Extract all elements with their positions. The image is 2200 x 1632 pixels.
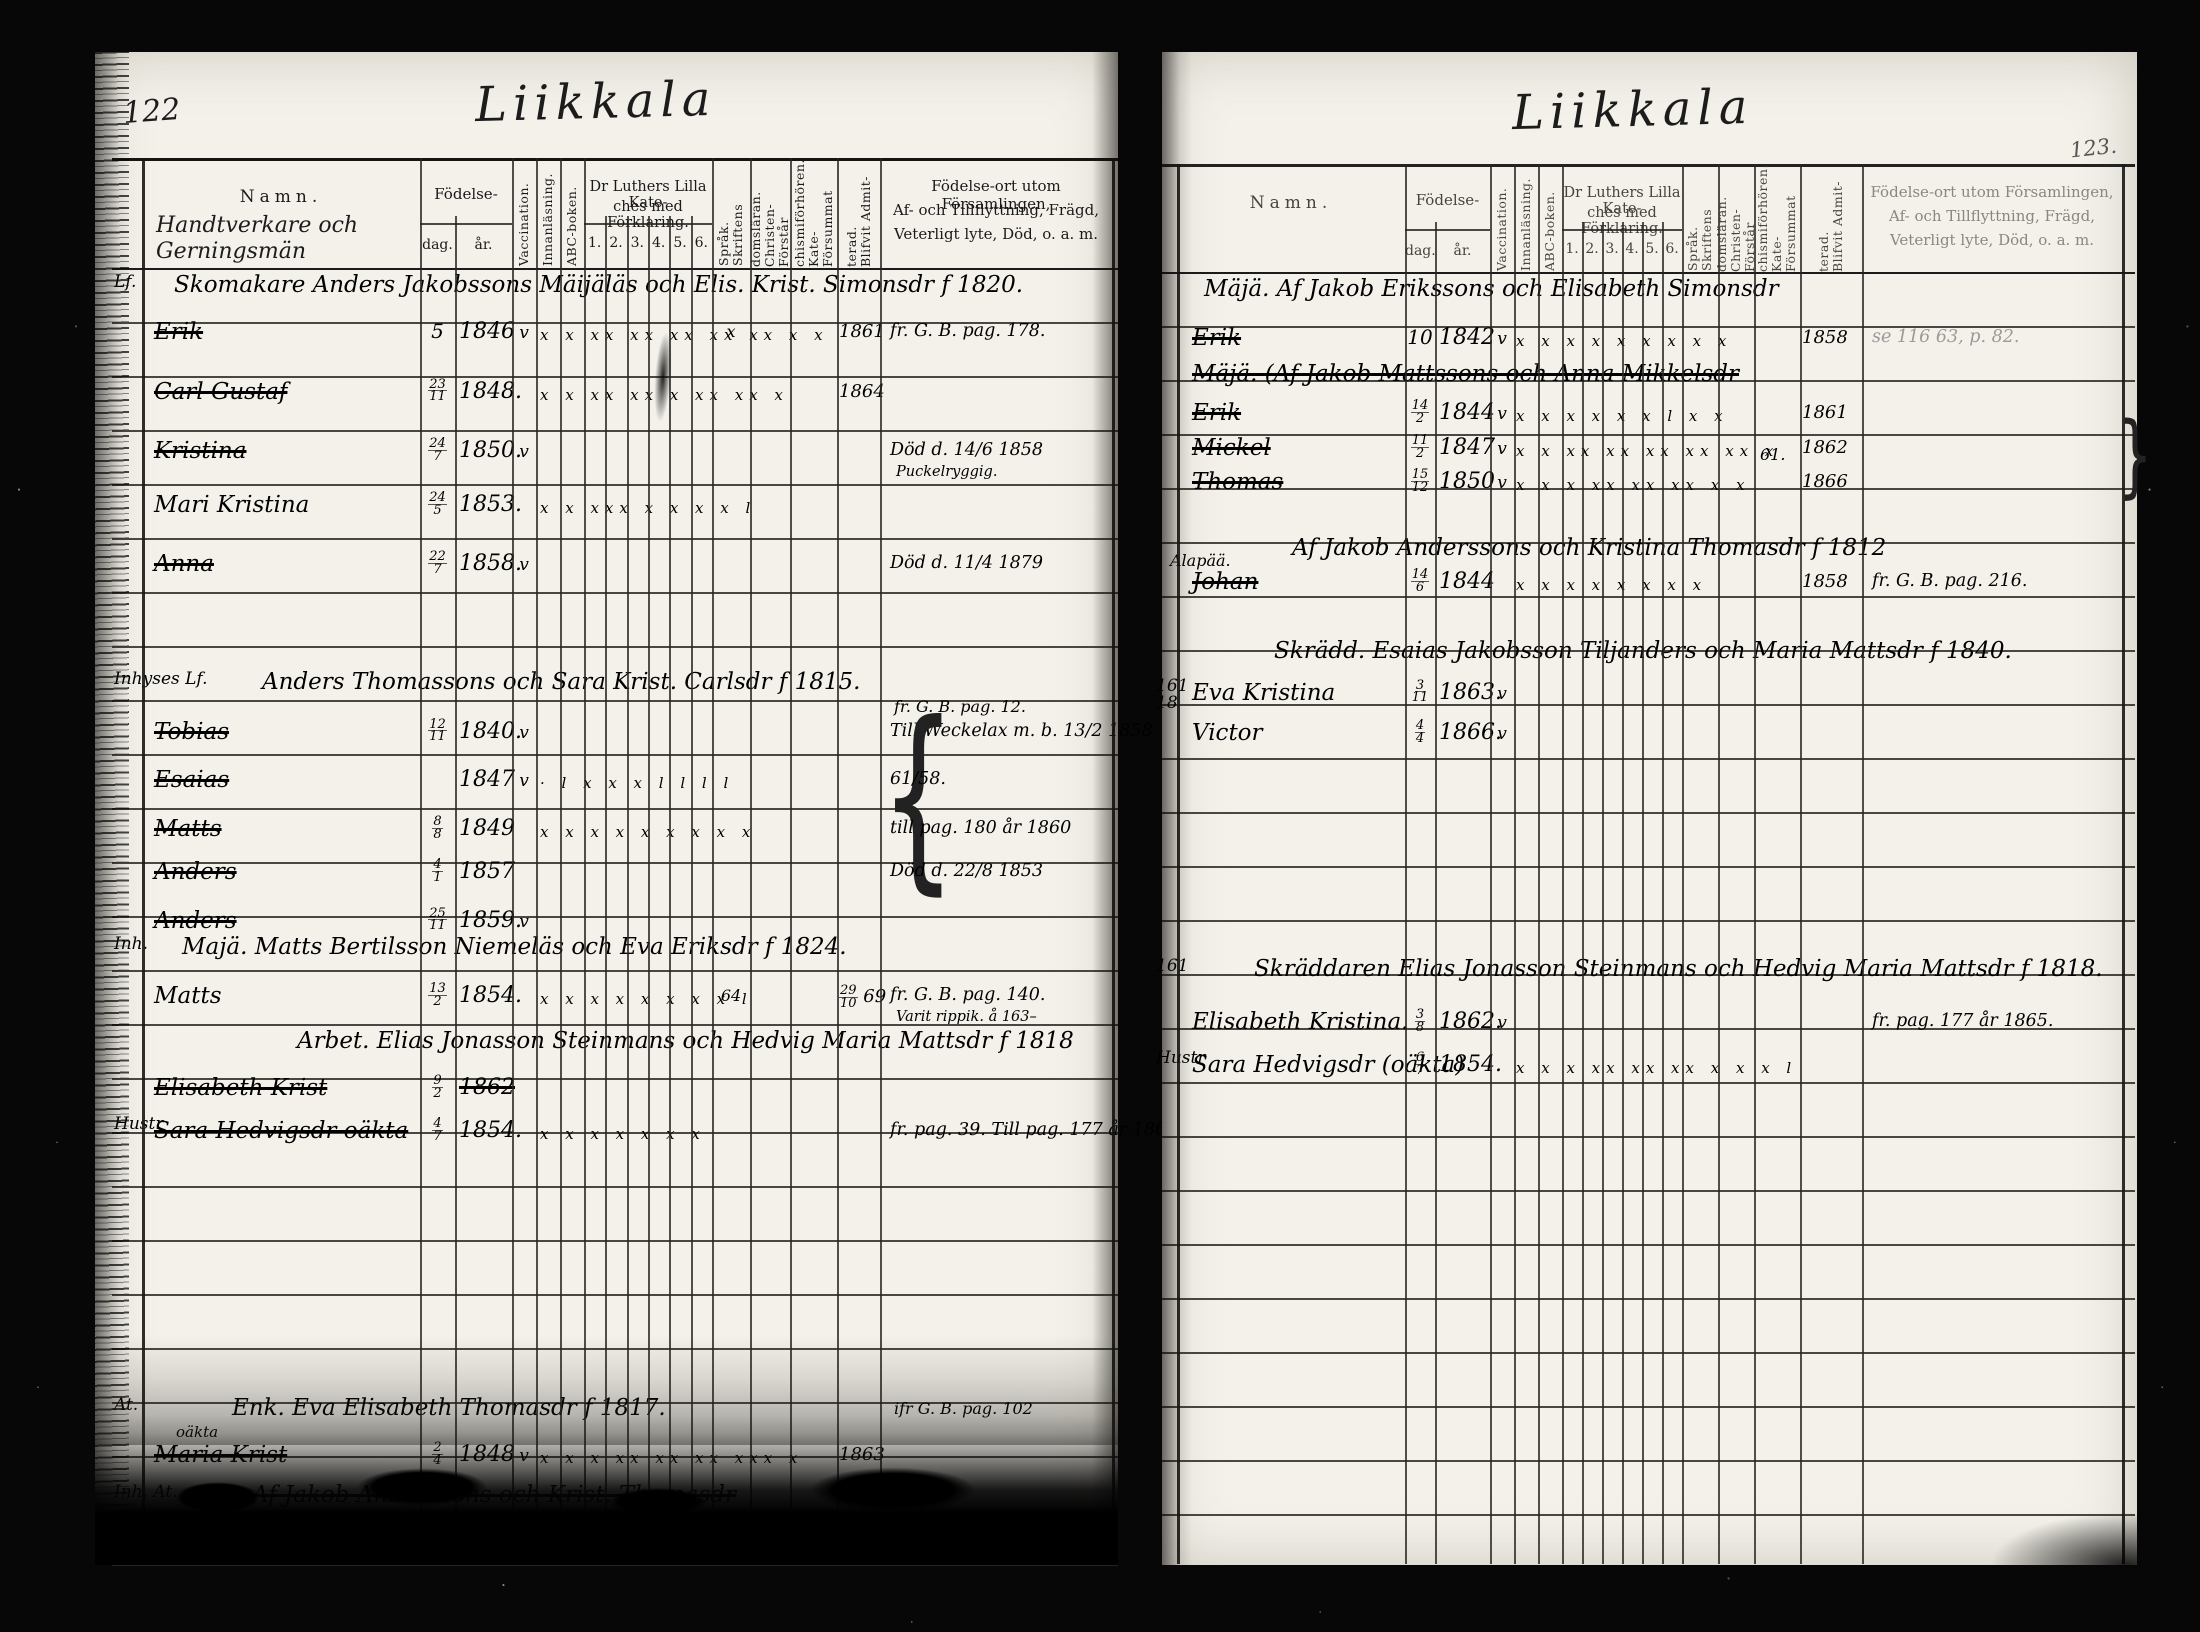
header-cell-notes: Födelse-ort utom Församlingen,Af- och Ti… bbox=[880, 161, 1112, 271]
scanned-ledger-spread: { "colors": { "background": "#070707", "… bbox=[0, 0, 2200, 1632]
vaccination-mark: v bbox=[512, 723, 536, 743]
admitted-year: 1863 bbox=[839, 1444, 885, 1465]
column-line bbox=[560, 158, 562, 1564]
sprak-mark: 64 bbox=[712, 986, 750, 1005]
namn-label: Namn. bbox=[142, 187, 420, 207]
entry-name: Sara Hedvigsdr oäkta bbox=[154, 1118, 408, 1144]
header-cell-innanlasning: Innanläsning. bbox=[536, 161, 560, 271]
page-number-left: 122 bbox=[122, 92, 182, 131]
entry-name: Anna bbox=[154, 551, 214, 577]
row-margin-label: At. bbox=[114, 1397, 138, 1414]
admitted-year: 1861 bbox=[1802, 402, 1848, 423]
fraction-denominator: 7 bbox=[433, 451, 441, 463]
entry-name: Victor bbox=[1192, 720, 1263, 746]
admitted-year: 1864 bbox=[839, 381, 885, 402]
birth-day: 1211 bbox=[420, 719, 455, 743]
column-line bbox=[1405, 164, 1407, 1564]
table-body-left: Lf.Skomakare Anders Jakobssons Mäijäläs … bbox=[112, 268, 1118, 1566]
column-line bbox=[584, 158, 586, 1564]
row-margin-label: Lf. bbox=[114, 274, 136, 291]
vaccination-mark: v bbox=[512, 442, 536, 462]
register-table-left: Namn.Handtverkare ochGerningsmänFödelse-… bbox=[112, 158, 1118, 1564]
family-parents-text: Mäjä. (Af Jakob Mattssons och Anna Mikke… bbox=[1192, 361, 1739, 387]
column-subline bbox=[669, 216, 671, 1564]
right-page: 123. Liikkala Namn.Födelse-dag.år.Vaccin… bbox=[1162, 52, 2137, 1565]
header-cell-abc-boken: ABC-boken. bbox=[1538, 167, 1562, 275]
register-row: Victor441866.v bbox=[1162, 714, 2135, 768]
entry-name: Elisabeth Krist bbox=[154, 1075, 327, 1101]
birth-day: 245 bbox=[420, 492, 455, 516]
header-cell-vaccination: Vaccination. bbox=[1490, 167, 1514, 275]
column-line bbox=[1490, 164, 1492, 1564]
column-line bbox=[1538, 164, 1540, 1564]
column-subline bbox=[691, 216, 693, 1564]
birth-year: 1842 bbox=[1439, 325, 1495, 350]
column-line bbox=[1682, 164, 1684, 1564]
admitted-date: 2910 bbox=[839, 985, 858, 1009]
family-parents-text: Af Jakob Anderssons och Krist. Thomasdr bbox=[252, 1482, 736, 1508]
left-page: 122 Liikkala Namn.Handtverkare ochGernin… bbox=[95, 52, 1118, 1565]
column-line bbox=[880, 158, 882, 1564]
column-line bbox=[512, 158, 514, 1564]
register-row: Johan221844x x x x x x x x x x bbox=[112, 1523, 1118, 1577]
fraction-denominator: 7 bbox=[433, 564, 441, 576]
admitterad-label: Blifvit Admit- terad. bbox=[845, 165, 873, 267]
birth-day: 44 bbox=[1405, 720, 1435, 744]
ar-label: år. bbox=[455, 237, 512, 253]
birth-year: 1844 bbox=[1439, 400, 1495, 425]
register-row: Tobias12111840.vTill Weckelax m. b. 13/2… bbox=[112, 713, 1118, 767]
admitted-year: 1858 bbox=[1802, 327, 1848, 348]
fraction-denominator: 4 bbox=[1416, 733, 1424, 745]
reading-marks: x x x x x x l x x bbox=[1516, 407, 1800, 425]
column-line bbox=[712, 158, 714, 1564]
row-note: se 116 63, p. 82. bbox=[1872, 327, 2019, 347]
header-cell-innanlasning: Innanläsning. bbox=[1514, 167, 1538, 275]
vaccination-label: Vaccination. bbox=[517, 166, 531, 266]
row-note-secondary: Puckelryggig. bbox=[896, 464, 997, 480]
admitted-part: 1864 bbox=[839, 381, 885, 402]
fodelse-divider bbox=[420, 223, 512, 225]
fraction-denominator: 2 bbox=[433, 996, 441, 1008]
column-subline bbox=[455, 216, 457, 1564]
column-line bbox=[1800, 164, 1802, 1564]
row-margin-line: At. bbox=[114, 1397, 138, 1414]
header-cell-abc-boken: ABC-boken. bbox=[560, 161, 584, 271]
admitted-part: 69 bbox=[858, 987, 887, 1008]
header-cell-vaccination: Vaccination. bbox=[512, 161, 536, 271]
entry-name: Kristina bbox=[154, 438, 246, 464]
dag-label: dag. bbox=[420, 237, 455, 253]
family-parents-text: Enk. Eva Elisabeth Thomasdr f 1817. bbox=[232, 1395, 666, 1421]
admitted-part: 1866 bbox=[1802, 471, 1848, 492]
notes-header-line-3: Veterligt lyte, Död, o. a. m. bbox=[880, 225, 1112, 243]
entry-name: Erik bbox=[1192, 325, 1241, 351]
forstar-label: Förstår Christen- domsläran. bbox=[1715, 170, 1757, 272]
family-parents-text: Arbet. Elias Jonasson Steinmans och Hedv… bbox=[297, 1028, 1074, 1054]
column-subline bbox=[1622, 222, 1624, 1564]
birth-year: 1844 bbox=[1439, 569, 1495, 594]
fodelse-label: Födelse- bbox=[1405, 191, 1490, 209]
entry-name: Mari Kristina bbox=[154, 492, 309, 518]
birth-day: 22 bbox=[420, 1529, 455, 1553]
vaccination-label: Vaccination. bbox=[1495, 171, 1509, 271]
forstar-label: Förstår Christen- domsläran. bbox=[749, 165, 791, 267]
row-margin-label: Inhyses Lf. bbox=[114, 671, 208, 688]
row-note: fr. G. B. pag. 216. bbox=[1872, 571, 2027, 591]
sprak-mark: x bbox=[712, 322, 750, 341]
admitted-year: 1866 bbox=[1802, 471, 1848, 492]
row-note: fr. pag. 39. Till pag. 177 år 1862. bbox=[890, 1120, 1183, 1140]
birth-day: 146 bbox=[1405, 569, 1435, 593]
row-note-secondary: Varit rippik. å 163– bbox=[896, 1009, 1037, 1025]
birth-day: 2511 bbox=[420, 908, 455, 932]
skriftens-sprak-label: Skriftens Språk. bbox=[1686, 171, 1714, 271]
register-row: Anders411857Död d. 22/8 1853 bbox=[112, 853, 1118, 907]
row-note: Död d. 22/8 1853 bbox=[890, 861, 1043, 881]
innanlasning-label: Innanläsning. bbox=[541, 166, 555, 266]
header-cell-namn: Namn. bbox=[1177, 167, 1405, 275]
name-superscript: oäkta bbox=[176, 1423, 218, 1441]
column-line bbox=[837, 158, 839, 1564]
kateches-col-4: 4. bbox=[648, 235, 669, 251]
birth-day: 5 bbox=[420, 319, 455, 343]
header-cell-forsummat: Försummat Kate- chismiförhören. bbox=[1754, 167, 1800, 275]
reading-marks: x x x x x x x x bbox=[1516, 576, 1800, 594]
register-row: Kristina2471850.vDöd d. 14/6 1858Puckelr… bbox=[112, 432, 1118, 486]
fraction-denominator: 8 bbox=[433, 829, 441, 841]
register-table-right: Namn.Födelse-dag.år.Vaccination.Innanläs… bbox=[1162, 164, 2135, 1564]
register-row: Esaias1847v· l x x x l l l l61/58. bbox=[112, 761, 1118, 815]
kateches-col-3: 3. bbox=[1602, 241, 1622, 257]
admitted-part: 1858 bbox=[1802, 571, 1848, 592]
family-parents-text: Skomakare Anders Jakobssons Mäijäläs och… bbox=[174, 272, 1023, 298]
vaccination-mark: v bbox=[1490, 404, 1514, 424]
abc-boken-label: ABC-boken. bbox=[565, 166, 579, 266]
register-row: Johan1461844x x x x x x x x 1858fr. G. B… bbox=[1162, 563, 2135, 617]
fraction-denominator: 6 bbox=[1416, 582, 1424, 594]
birth-year: 1849 bbox=[459, 816, 515, 841]
header-cell-namn: Namn.Handtverkare ochGerningsmän bbox=[142, 161, 420, 271]
table-header-right: Namn.Födelse-dag.år.Vaccination.Innanläs… bbox=[1162, 164, 2135, 275]
column-subline bbox=[627, 216, 629, 1564]
row-note: fr. G. B. pag. 178. bbox=[890, 321, 1045, 341]
fodelse-divider bbox=[1405, 229, 1490, 231]
column-line bbox=[1562, 164, 1564, 1564]
header-cell-admitterad: Blifvit Admit- terad. bbox=[837, 161, 880, 271]
birth-year: 1846 bbox=[459, 319, 515, 344]
kateches-col-2: 2. bbox=[1582, 241, 1602, 257]
admitted-part: 1861 bbox=[1802, 402, 1848, 423]
kateches-col-5: 5. bbox=[1642, 241, 1662, 257]
family-header-row: 161Skräddaren Elias Jonasson Steinmans o… bbox=[1162, 954, 2135, 1008]
kateches-col-6: 6. bbox=[1662, 241, 1682, 257]
kateches-col-3: 3. bbox=[627, 235, 648, 251]
entry-name: Johan bbox=[1192, 569, 1258, 595]
birth-year: 1854. bbox=[1439, 1052, 1502, 1077]
vaccination-mark: v bbox=[512, 771, 536, 791]
family-note: ifr G. B. pag. 102 bbox=[894, 1399, 1033, 1418]
row-note: 61/58. bbox=[890, 769, 946, 789]
column-line bbox=[1718, 164, 1720, 1564]
row-note: Död d. 11/4 1879 bbox=[890, 553, 1043, 573]
row-note: till pag. 180 år 1860 bbox=[890, 818, 1071, 838]
table-body-right: Mäjä. Af Jakob Erikssons och Elisabeth S… bbox=[1162, 272, 2135, 1566]
vaccination-mark: v bbox=[1490, 1013, 1514, 1033]
birth-day: 67 bbox=[1405, 1052, 1435, 1076]
scanner-bed-speckle-right bbox=[2137, 0, 2200, 1632]
entry-name: Matts bbox=[154, 816, 222, 842]
header-cell-forstar: Förstår Christen- domsläran. bbox=[750, 161, 790, 271]
fraction-denominator: 11 bbox=[1412, 692, 1429, 704]
register-row: Mari Kristina2451853.x x xxx x x x x l bbox=[112, 486, 1118, 540]
forsummat-label: Försummat Kate- chismiförhören. bbox=[793, 165, 835, 267]
reading-marks: x x x xx xx xx x x bbox=[1516, 476, 1800, 494]
register-row: Erik51846vx x xx xx xx xx xx x xx 1861fr… bbox=[112, 313, 1118, 367]
gutter-shadow-left bbox=[1092, 52, 1118, 1565]
notes-header-line-1: Födelse-ort utom Församlingen, bbox=[1862, 183, 2122, 201]
fraction-denominator: 4 bbox=[433, 1455, 441, 1467]
page-title-right: Liikkala bbox=[1511, 79, 1754, 141]
entry-name: Erik bbox=[1192, 400, 1241, 426]
group-label-line1: Handtverkare och bbox=[156, 213, 358, 238]
family-parents-text: Majä. Matts Bertilsson Niemeläs och Eva … bbox=[182, 934, 847, 960]
vaccination-mark: v bbox=[512, 323, 536, 343]
forsummat-label: Försummat Kate- chismiförhören. bbox=[1756, 170, 1798, 272]
entry-name: Anders bbox=[154, 859, 237, 885]
dag-label: dag. bbox=[1405, 243, 1435, 259]
header-cell-forstar: Förstår Christen- domsläran. bbox=[1718, 167, 1754, 275]
group-label-line2: Gerningsmän bbox=[156, 239, 306, 264]
notes-header-line-2: Af- och Tillflyttning, Frägd, bbox=[880, 201, 1112, 219]
fraction-denominator: 7 bbox=[433, 1131, 441, 1143]
vaccination-mark: v bbox=[512, 912, 536, 932]
scanner-bed-speckle-left bbox=[0, 0, 95, 1632]
admitted-part: 1858 bbox=[1802, 327, 1848, 348]
abc-boken-label: ABC-boken. bbox=[1543, 171, 1557, 271]
admitted-year: 1861 bbox=[839, 321, 885, 342]
vaccination-mark: v bbox=[512, 555, 536, 575]
entry-name: Elisabeth Kristina. bbox=[1192, 1009, 1409, 1035]
entry-name: Esaias bbox=[154, 767, 229, 793]
family-parents-text: Skräddaren Elias Jonasson Steinmans och … bbox=[1254, 956, 2103, 982]
birth-year: 1848 bbox=[459, 1442, 515, 1467]
page-number-right: 123. bbox=[2069, 134, 2118, 163]
entry-name: Thomas bbox=[1192, 469, 1283, 495]
header-cell-notes: Födelse-ort utom Församlingen,Af- och Ti… bbox=[1862, 167, 2122, 275]
fraction-denominator: 12 bbox=[1412, 482, 1429, 494]
register-row: Carl Gustaf23111848.x x xx xx x xx xx x … bbox=[112, 373, 1118, 427]
fraction-denominator: 5 bbox=[433, 505, 441, 517]
birth-day: 227 bbox=[420, 551, 455, 575]
kateches-col-1: 1. bbox=[584, 235, 605, 251]
column-subline bbox=[1642, 222, 1644, 1564]
column-line bbox=[790, 158, 792, 1564]
row-margin-line: Inhyses Lf. bbox=[114, 671, 208, 688]
birth-day: 1512 bbox=[1405, 469, 1435, 493]
ar-label: år. bbox=[1435, 243, 1490, 259]
header-cell-fodelse: Födelse-dag.år. bbox=[420, 161, 512, 271]
fraction-denominator: 2 bbox=[1416, 413, 1424, 425]
birth-day: 24 bbox=[420, 1442, 455, 1466]
column-line bbox=[536, 158, 538, 1564]
fraction-denominator: 11 bbox=[429, 391, 446, 403]
reading-marks: x x x xx xx xx x x x l bbox=[1516, 1059, 1800, 1077]
fraction-denominator: 10 bbox=[840, 998, 857, 1010]
birth-day: 88 bbox=[420, 816, 455, 840]
table-header-left: Namn.Handtverkare ochGerningsmänFödelse-… bbox=[112, 158, 1118, 271]
admitted-part: 1861 bbox=[839, 321, 885, 342]
header-cell-skriftens-sprak: Skriftens Språk. bbox=[712, 161, 750, 271]
column-subline bbox=[1602, 222, 1604, 1564]
kateches-col-1: 1. bbox=[1562, 241, 1582, 257]
kateches-col-6: 6. bbox=[691, 235, 712, 251]
column-subline bbox=[1662, 222, 1664, 1564]
column-line bbox=[420, 158, 422, 1564]
row-margin-line: Lf. bbox=[114, 274, 136, 291]
fodelse-label: Födelse- bbox=[420, 185, 512, 203]
skriftens-sprak-label: Skriftens Språk. bbox=[717, 166, 745, 266]
column-subline bbox=[1582, 222, 1584, 1564]
entry-name: Erik bbox=[154, 319, 203, 345]
vaccination-mark: v bbox=[1490, 473, 1514, 493]
fraction-denominator: 2 bbox=[433, 1088, 441, 1100]
row-margin-line: Inh. At. bbox=[114, 1484, 178, 1501]
row-note: fr. G. B. pag. 140. bbox=[890, 985, 1045, 1005]
cell-note: 61. bbox=[1760, 445, 1785, 464]
gutter-shadow-right bbox=[1162, 52, 1192, 1565]
register-row: HustrSara Hedvigsdr oäkta471854.x x x x … bbox=[112, 1112, 1118, 1166]
birth-year: 1857 bbox=[459, 859, 515, 884]
birth-day: 10 bbox=[1405, 325, 1435, 349]
birth-day: 132 bbox=[420, 983, 455, 1007]
entry-name: Matts bbox=[154, 983, 222, 1009]
birth-year: 1850 bbox=[1439, 469, 1495, 494]
vaccination-mark: v bbox=[1490, 724, 1514, 744]
birth-year: 1847 bbox=[459, 767, 515, 792]
admitterad-label: Blifvit Admit- terad. bbox=[1817, 170, 1845, 272]
reading-marks: x x x x x x x x x bbox=[1516, 332, 1800, 350]
header-cell-admitterad: Blifvit Admit- terad. bbox=[1800, 167, 1862, 275]
birth-year: 1844 bbox=[459, 1529, 515, 1554]
vaccination-mark: v bbox=[1490, 684, 1514, 704]
entry-name: Tobias bbox=[154, 719, 229, 745]
page-title-left: Liikkala bbox=[474, 71, 717, 133]
birth-day: 47 bbox=[420, 1118, 455, 1142]
entry-name: Eva Kristina bbox=[1192, 680, 1335, 706]
register-row: Thomas15121850vx x x xx xx xx x x 1866 bbox=[1162, 463, 2135, 517]
register-row: Matts1321854.x x x x x x x x l642910 69f… bbox=[112, 977, 1118, 1031]
vaccination-mark: v bbox=[1490, 329, 1514, 349]
kateches-col-2: 2. bbox=[605, 235, 626, 251]
notes-header-line-3: Veterligt lyte, Död, o. a. m. bbox=[1862, 231, 2122, 249]
birth-day: 142 bbox=[1405, 400, 1435, 424]
birth-year: 1862 bbox=[459, 1075, 515, 1100]
notes-header-line-2: Af- och Tillflyttning, Frägd, bbox=[1862, 207, 2122, 225]
entry-name: Carl Gustaf bbox=[154, 379, 287, 405]
column-subline bbox=[1435, 222, 1437, 1564]
column-line bbox=[750, 158, 752, 1564]
birth-day: 247 bbox=[420, 438, 455, 462]
fraction-denominator: 2 bbox=[433, 1541, 441, 1553]
birth-day: 92 bbox=[420, 1075, 455, 1099]
birth-day: 41 bbox=[420, 859, 455, 883]
entry-name: Anders bbox=[154, 908, 237, 934]
innanlasning-label: Innanläsning. bbox=[1519, 171, 1533, 271]
register-row: HustrSara Hedvigsdr (oäkta)671854.x x x … bbox=[1162, 1046, 2135, 1100]
header-cell-fodelse: Födelse-dag.år. bbox=[1405, 167, 1490, 275]
fraction-denominator: 1 bbox=[433, 872, 441, 884]
kateches-col-4: 4. bbox=[1622, 241, 1642, 257]
column-line bbox=[1754, 164, 1756, 1564]
fraction-denominator: 8 bbox=[1416, 1022, 1424, 1034]
row-note: Död d. 14/6 1858 bbox=[890, 440, 1043, 460]
namn-label: Namn. bbox=[1177, 193, 1405, 213]
admitted-part: 1863 bbox=[839, 1444, 885, 1465]
header-cell-skriftens-sprak: Skriftens Språk. bbox=[1682, 167, 1718, 275]
fraction-denominator: 7 bbox=[1416, 1065, 1424, 1077]
register-row: Anna2271858.vDöd d. 11/4 1879 bbox=[112, 545, 1118, 599]
admitted-year: 1858 bbox=[1802, 571, 1848, 592]
column-subline bbox=[648, 216, 650, 1564]
header-cell-forsummat: Försummat Kate- chismiförhören. bbox=[790, 161, 837, 271]
column-line bbox=[2122, 164, 2125, 1564]
entry-name: Maria Krist bbox=[154, 1442, 287, 1468]
row-margin-label: Inh. At. bbox=[114, 1484, 178, 1501]
birth-day: 2311 bbox=[420, 379, 455, 403]
birth-day: 38 bbox=[1405, 1009, 1435, 1033]
column-line bbox=[1514, 164, 1516, 1564]
entry-name: Johan bbox=[154, 1529, 220, 1555]
fraction-denominator: 11 bbox=[429, 731, 446, 743]
column-line bbox=[142, 158, 145, 1564]
birth-day: 311 bbox=[1405, 680, 1435, 704]
column-line bbox=[1862, 164, 1864, 1564]
column-subline bbox=[605, 216, 607, 1564]
vaccination-mark: v bbox=[512, 1446, 536, 1466]
kateches-col-5: 5. bbox=[669, 235, 690, 251]
row-note: fr. pag. 177 år 1865. bbox=[1872, 1011, 2053, 1031]
fraction-denominator: 11 bbox=[429, 920, 446, 932]
